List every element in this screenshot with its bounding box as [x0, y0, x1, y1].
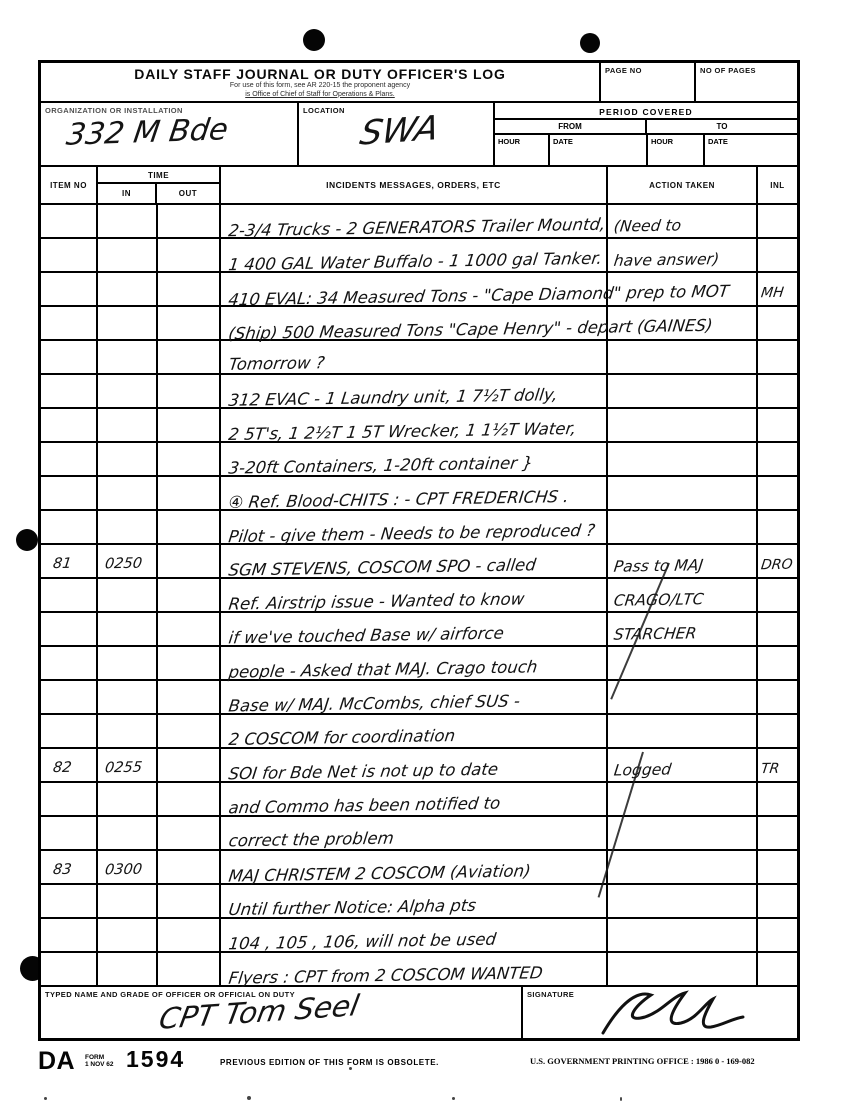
item-no-cell [41, 477, 98, 509]
incidents-entry-cell: Ref. Airstrip issue - Wanted to know [221, 579, 608, 611]
time-in-cell [98, 205, 158, 237]
to-label: TO [647, 120, 797, 133]
action-taken-entry-cell: STARCHER [608, 613, 758, 645]
time-in-cell [98, 307, 158, 339]
table-row: ④ Ref. Blood-CHITS : - CPT FREDERICHS . [41, 477, 797, 511]
form-subtitle-line1: For use of this form, see AR 220-15 the … [41, 82, 599, 91]
form-edition-date: 1 NOV 62 [85, 1061, 114, 1068]
initials-entry: DRO [760, 557, 794, 574]
to-hour-label: HOUR [648, 135, 705, 165]
item-no-cell [41, 205, 98, 237]
table-row: and Commo has been notified to [41, 783, 797, 817]
header-incidents: INCIDENTS MESSAGES, ORDERS, ETC [221, 167, 608, 203]
initials-entry-cell [758, 647, 797, 679]
incidents-entry: 410 EVAL: 34 Measured Tons - "Cape Diamo… [227, 282, 730, 310]
incidents-entry: 104 , 105 , 106, will not be used [228, 930, 498, 954]
time-in-cell [98, 273, 158, 305]
initials-entry: TR [760, 761, 780, 777]
item-no-cell: 83 [41, 851, 98, 883]
incidents-entry-cell: if we've touched Base w/ airforce [221, 613, 608, 645]
time-out-cell [158, 239, 221, 271]
time-in-cell [98, 783, 158, 815]
page-no-label: PAGE NO [601, 63, 694, 75]
item-no-cell [41, 953, 98, 985]
table-row: 3-20ft Containers, 1-20ft container } [41, 443, 797, 477]
item-no-cell [41, 885, 98, 917]
item-no-cell [41, 341, 98, 373]
hour-date-row: HOUR DATE HOUR DATE [495, 135, 797, 165]
gpo-note: U.S. GOVERNMENT PRINTING OFFICE : 1986 0… [530, 1056, 755, 1066]
incidents-entry: 312 EVAC - 1 Laundry unit, 1 7½T dolly, [227, 385, 558, 410]
punch-hole-mark [303, 29, 325, 51]
time-in-cell [98, 443, 158, 475]
table-row: 2-3/4 Trucks - 2 GENERATORS Trailer Moun… [41, 205, 797, 239]
signature-band: TYPED NAME AND GRADE OF OFFICER OR OFFIC… [41, 987, 797, 1038]
incidents-entry: 2 COSCOM for coordination [228, 726, 457, 749]
time-in-cell [98, 817, 158, 849]
action-taken-entry-cell: Logged [608, 749, 758, 781]
from-to-row: FROM TO [495, 120, 797, 135]
table-row: Base w/ MAJ. McCombs, chief SUS - [41, 681, 797, 715]
incidents-entry: Ref. Airstrip issue - Wanted to know [227, 589, 525, 613]
item-no-cell [41, 239, 98, 271]
incidents-entry-cell: Base w/ MAJ. McCombs, chief SUS - [221, 681, 608, 713]
table-row: (Ship) 500 Measured Tons "Cape Henry" - … [41, 307, 797, 341]
incidents-entry: 2-3/4 Trucks - 2 GENERATORS Trailer Moun… [227, 215, 606, 241]
item-no: 81 [52, 556, 72, 572]
period-covered-label: PERIOD COVERED [495, 103, 797, 120]
initials-entry-cell [758, 613, 797, 645]
initials-entry-cell: DRO [758, 545, 797, 577]
initials-entry-cell [758, 443, 797, 475]
time-out-cell [158, 953, 221, 985]
initials-entry-cell [758, 375, 797, 407]
action-taken-entry: Pass to MAJ [613, 556, 704, 576]
time-out-cell [158, 681, 221, 713]
incidents-entry: and Commo has been notified to [228, 794, 502, 818]
time-in-cell [98, 341, 158, 373]
form-word: FORM [85, 1054, 104, 1061]
incidents-entry-cell: 3-20ft Containers, 1-20ft container } [221, 443, 608, 475]
time-out-cell [158, 579, 221, 611]
item-no-cell [41, 273, 98, 305]
action-taken-entry-cell [608, 477, 758, 509]
time-in-cell [98, 511, 158, 543]
time-in-cell [98, 919, 158, 951]
time-in-cell [98, 953, 158, 985]
item-no-cell [41, 647, 98, 679]
action-taken-entry-cell [608, 715, 758, 747]
incidents-entry-cell: Tomorrow ? [221, 341, 608, 373]
action-taken-entry-cell [608, 409, 758, 441]
table-row: Ref. Airstrip issue - Wanted to knowCRAG… [41, 579, 797, 613]
period-covered-box: PERIOD COVERED FROM TO HOUR DATE HOUR DA… [495, 103, 797, 165]
action-taken-entry-cell: Pass to MAJ [608, 545, 758, 577]
item-no-cell: 82 [41, 749, 98, 781]
time-in-cell: 0250 [98, 545, 158, 577]
time-in: 0250 [104, 556, 143, 573]
table-row: 2 5T's, 1 2½T 1 5T Wrecker, 1 1½T Water, [41, 409, 797, 443]
signature-box: SIGNATURE [523, 987, 797, 1038]
action-taken-entry: Logged [613, 761, 673, 780]
action-taken-entry-cell [608, 885, 758, 917]
action-taken-entry-cell [608, 443, 758, 475]
item-no-cell [41, 409, 98, 441]
form-header: DAILY STAFF JOURNAL OR DUTY OFFICER'S LO… [41, 63, 797, 103]
incidents-entry-cell: people - Asked that MAJ. Crago touch [221, 647, 608, 679]
time-out-cell [158, 341, 221, 373]
time-in: 0255 [104, 760, 143, 777]
obsolete-note: PREVIOUS EDITION OF THIS FORM IS OBSOLET… [220, 1058, 439, 1067]
action-taken-entry: STARCHER [613, 624, 698, 643]
from-hour-label: HOUR [495, 135, 550, 165]
scan-speck [452, 1097, 455, 1100]
time-out-cell [158, 477, 221, 509]
initials-entry-cell [758, 681, 797, 713]
incidents-entry: Pilot - give them - Needs to be reproduc… [227, 521, 596, 546]
initials-entry-cell [758, 409, 797, 441]
incidents-entry-cell: ④ Ref. Blood-CHITS : - CPT FREDERICHS . [221, 477, 608, 509]
initials-entry-cell [758, 715, 797, 747]
log-table-body: 2-3/4 Trucks - 2 GENERATORS Trailer Moun… [41, 205, 797, 987]
initials-entry-cell [758, 919, 797, 951]
item-no: 82 [52, 760, 72, 776]
time-in-cell [98, 613, 158, 645]
item-no-cell [41, 443, 98, 475]
time-out-cell [158, 749, 221, 781]
incidents-entry-cell: 312 EVAC - 1 Laundry unit, 1 7½T dolly, [221, 375, 608, 407]
incidents-entry-cell: SOI for Bde Net is not up to date [221, 749, 608, 781]
scan-speck [44, 1097, 47, 1100]
initials-entry-cell [758, 239, 797, 271]
initials-entry-cell [758, 783, 797, 815]
header-inl: INL [758, 167, 797, 203]
time-out-cell [158, 715, 221, 747]
item-no-cell [41, 783, 98, 815]
item-no-cell [41, 579, 98, 611]
item-no-cell [41, 511, 98, 543]
action-taken-entry-cell [608, 681, 758, 713]
incidents-entry-cell: Flyers : CPT from 2 COSCOM WANTED [221, 953, 608, 985]
location-value-handwriting: SWA [357, 108, 442, 153]
table-row: Pilot - give them - Needs to be reproduc… [41, 511, 797, 545]
item-no-cell [41, 919, 98, 951]
organization-label: ORGANIZATION OR INSTALLATION [41, 103, 297, 115]
incidents-entry-cell: MAJ CHRISTEM 2 COSCOM (Aviation) [221, 851, 608, 883]
action-taken-entry-cell: have answer) [608, 239, 758, 271]
header-in-out: IN OUT [98, 184, 219, 203]
table-row: people - Asked that MAJ. Crago touch [41, 647, 797, 681]
table-row: 104 , 105 , 106, will not be used [41, 919, 797, 953]
time-in: 0300 [104, 862, 143, 879]
organization-box: ORGANIZATION OR INSTALLATION 332 M Bde [41, 103, 299, 165]
incidents-entry-cell: (Ship) 500 Measured Tons "Cape Henry" - … [221, 307, 608, 339]
incidents-entry-cell: 2 COSCOM for coordination [221, 715, 608, 747]
scan-speck [620, 1097, 622, 1101]
time-in-cell [98, 885, 158, 917]
header-item-no: ITEM NO [41, 167, 98, 203]
item-no-cell: 81 [41, 545, 98, 577]
incidents-entry: SOI for Bde Net is not up to date [228, 760, 500, 784]
action-taken-entry: have answer) [613, 250, 720, 270]
action-taken-entry-cell [608, 919, 758, 951]
initials-entry-cell [758, 477, 797, 509]
table-row: 830300MAJ CHRISTEM 2 COSCOM (Aviation) [41, 851, 797, 885]
time-out-cell [158, 511, 221, 543]
to-date-label: DATE [705, 135, 797, 165]
form-edition: FORM 1 NOV 62 [85, 1054, 114, 1068]
log-table-header: ITEM NO TIME IN OUT INCIDENTS MESSAGES, … [41, 167, 797, 205]
time-out-cell [158, 919, 221, 951]
incidents-entry: people - Asked that MAJ. Crago touch [227, 657, 538, 681]
incidents-entry: MAJ CHRISTEM 2 COSCOM (Aviation) [227, 861, 531, 885]
initials-entry: MH [760, 285, 785, 301]
initials-entry-cell [758, 885, 797, 917]
item-no-cell [41, 375, 98, 407]
incidents-entry: Base w/ MAJ. McCombs, chief SUS - [227, 691, 521, 715]
table-row: 810250SGM STEVENS, COSCOM SPO - calledPa… [41, 545, 797, 579]
time-out-cell [158, 783, 221, 815]
action-taken-entry-cell [608, 851, 758, 883]
initials-entry-cell [758, 953, 797, 985]
table-row: Flyers : CPT from 2 COSCOM WANTED [41, 953, 797, 987]
time-out-cell [158, 205, 221, 237]
table-row: 312 EVAC - 1 Laundry unit, 1 7½T dolly, [41, 375, 797, 409]
header-time-label: TIME [98, 167, 219, 184]
time-in-cell [98, 239, 158, 271]
incidents-entry: Tomorrow ? [228, 353, 326, 374]
incidents-entry: Until further Notice: Alpha pts [228, 896, 478, 919]
header-out: OUT [157, 184, 219, 203]
incidents-entry: 3-20ft Containers, 1-20ft container } [227, 453, 534, 477]
incidents-entry: Flyers : CPT from 2 COSCOM WANTED [227, 963, 543, 987]
time-in-cell [98, 681, 158, 713]
scanned-da-form-1594: DAILY STAFF JOURNAL OR DUTY OFFICER'S LO… [0, 0, 850, 1111]
item-no-cell [41, 715, 98, 747]
typed-name-box: TYPED NAME AND GRADE OF OFFICER OR OFFIC… [41, 987, 523, 1038]
form-subtitle-line2: is Office of Chief of Staff for Operatio… [41, 91, 599, 100]
action-taken-entry: (Need to [613, 216, 682, 235]
initials-entry-cell [758, 817, 797, 849]
action-taken-entry-cell [608, 817, 758, 849]
form-title: DAILY STAFF JOURNAL OR DUTY OFFICER'S LO… [41, 66, 599, 82]
time-out-cell [158, 885, 221, 917]
incidents-entry: ④ Ref. Blood-CHITS : - CPT FREDERICHS . [227, 487, 569, 512]
initials-entry-cell [758, 579, 797, 611]
initials-entry-cell [758, 341, 797, 373]
table-row: correct the problem [41, 817, 797, 851]
incidents-entry: SGM STEVENS, COSCOM SPO - called [227, 555, 537, 579]
title-block: DAILY STAFF JOURNAL OR DUTY OFFICER'S LO… [41, 63, 601, 101]
time-in-cell [98, 477, 158, 509]
da-form-1594: DAILY STAFF JOURNAL OR DUTY OFFICER'S LO… [38, 60, 800, 1041]
table-row: Until further Notice: Alpha pts [41, 885, 797, 919]
initials-entry-cell: TR [758, 749, 797, 781]
time-in-cell [98, 715, 158, 747]
action-taken-entry-cell [608, 341, 758, 373]
item-no-cell [41, 817, 98, 849]
time-out-cell [158, 307, 221, 339]
time-in-cell [98, 375, 158, 407]
time-in-cell [98, 579, 158, 611]
incidents-entry-cell: SGM STEVENS, COSCOM SPO - called [221, 545, 608, 577]
punch-hole-mark [16, 529, 38, 551]
action-taken-entry-cell: CRAGO/LTC [608, 579, 758, 611]
initials-entry-cell [758, 851, 797, 883]
header-time: TIME IN OUT [98, 167, 221, 203]
info-band: ORGANIZATION OR INSTALLATION 332 M Bde L… [41, 103, 797, 167]
organization-value-handwriting: 332 M Bde [64, 112, 230, 153]
incidents-entry: 1 400 GAL Water Buffalo - 1 1000 gal Tan… [227, 249, 603, 275]
incidents-entry: if we've touched Base w/ airforce [228, 624, 505, 648]
action-taken-entry-cell [608, 511, 758, 543]
action-taken-entry-cell [608, 953, 758, 985]
initials-entry-cell: MH [758, 273, 797, 305]
time-out-cell [158, 817, 221, 849]
item-no-cell [41, 681, 98, 713]
time-out-cell [158, 443, 221, 475]
time-out-cell [158, 375, 221, 407]
header-in: IN [98, 184, 157, 203]
signature-scribble [593, 989, 753, 1041]
location-box: LOCATION SWA [299, 103, 495, 165]
time-out-cell [158, 545, 221, 577]
time-out-cell [158, 647, 221, 679]
incidents-entry: (Ship) 500 Measured Tons "Cape Henry" - … [227, 316, 713, 343]
form-da: DA [38, 1047, 75, 1076]
table-row: 2 COSCOM for coordination [41, 715, 797, 749]
page-no-box: PAGE NO [601, 63, 696, 101]
incidents-entry-cell: Until further Notice: Alpha pts [221, 885, 608, 917]
initials-entry-cell [758, 511, 797, 543]
table-row: 820255SOI for Bde Net is not up to dateL… [41, 749, 797, 783]
time-in-cell [98, 647, 158, 679]
incidents-entry: 2 5T's, 1 2½T 1 5T Wrecker, 1 1½T Water, [227, 419, 577, 444]
header-action-taken: ACTION TAKEN [608, 167, 758, 203]
initials-entry-cell [758, 205, 797, 237]
table-row: if we've touched Base w/ airforceSTARCHE… [41, 613, 797, 647]
incidents-entry-cell: 410 EVAL: 34 Measured Tons - "Cape Diamo… [221, 273, 608, 305]
scan-speck [247, 1096, 251, 1100]
from-label: FROM [495, 120, 647, 133]
item-no: 83 [52, 862, 72, 878]
form-footer: DA FORM 1 NOV 62 1594 PREVIOUS EDITION O… [38, 1047, 818, 1087]
incidents-entry: correct the problem [228, 829, 395, 851]
incidents-entry-cell: Pilot - give them - Needs to be reproduc… [221, 511, 608, 543]
incidents-entry-cell: 2 5T's, 1 2½T 1 5T Wrecker, 1 1½T Water, [221, 409, 608, 441]
incidents-entry-cell: 2-3/4 Trucks - 2 GENERATORS Trailer Moun… [221, 205, 608, 237]
incidents-entry-cell: 104 , 105 , 106, will not be used [221, 919, 608, 951]
form-number: 1594 [126, 1046, 185, 1073]
item-no-cell [41, 307, 98, 339]
time-out-cell [158, 273, 221, 305]
time-out-cell [158, 613, 221, 645]
incidents-entry-cell: 1 400 GAL Water Buffalo - 1 1000 gal Tan… [221, 239, 608, 271]
time-in-cell [98, 409, 158, 441]
punch-hole-mark [580, 33, 600, 53]
from-date-label: DATE [550, 135, 648, 165]
item-no-cell [41, 613, 98, 645]
time-in-cell: 0300 [98, 851, 158, 883]
time-out-cell [158, 851, 221, 883]
time-in-cell: 0255 [98, 749, 158, 781]
action-taken-entry: CRAGO/LTC [613, 590, 705, 610]
no-of-pages-label: NO OF PAGES [696, 63, 797, 75]
initials-entry-cell [758, 307, 797, 339]
no-of-pages-box: NO OF PAGES [696, 63, 797, 101]
action-taken-entry-cell [608, 375, 758, 407]
incidents-entry-cell: and Commo has been notified to [221, 783, 608, 815]
table-row: Tomorrow ? [41, 341, 797, 375]
table-row: 410 EVAL: 34 Measured Tons - "Cape Diamo… [41, 273, 797, 307]
action-taken-entry-cell: (Need to [608, 205, 758, 237]
incidents-entry-cell: correct the problem [221, 817, 608, 849]
time-out-cell [158, 409, 221, 441]
table-row: 1 400 GAL Water Buffalo - 1 1000 gal Tan… [41, 239, 797, 273]
